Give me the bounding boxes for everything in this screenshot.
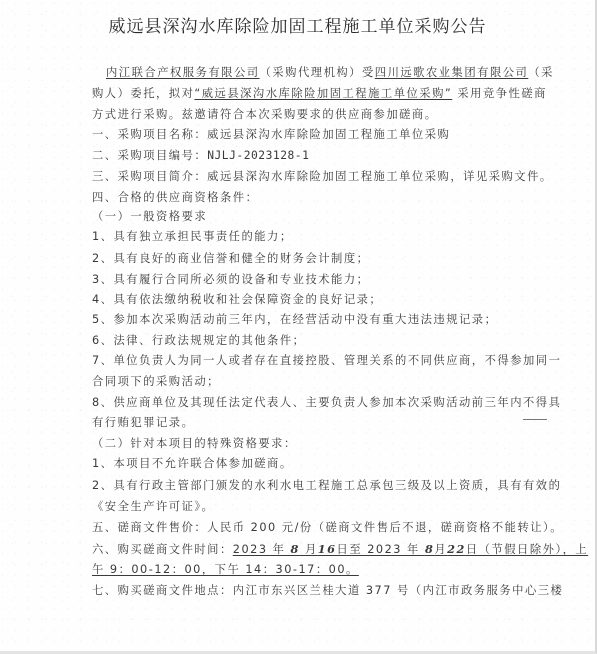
section-3: 三、采购项目简介：威远县深沟水库除险加固工程施工单位采购，详见采购文件。 xyxy=(92,170,553,184)
project-name-quoted: “威远县深沟水库除险加固工程施工单位采购” xyxy=(194,87,452,100)
special-item: 《安全生产许可证》。 xyxy=(92,500,214,514)
general-item: 8、供应商单位及其现任法定代表人、主要负责人参加本次采购活动前三年内不得具 xyxy=(92,396,561,410)
section-5: 五、磋商文件售价：人民币 200 元/份（磋商文件售后不退，磋商资格不能转让）。 xyxy=(92,521,563,535)
general-item: 合同项下的采购活动； xyxy=(92,375,220,389)
special-item: 1、本项目不允许联合体参加磋商。 xyxy=(92,457,293,471)
section-7: 七、购买磋商文件地点：内江市东兴区兰桂大道 377 号（内江市政务服务中心三楼 xyxy=(92,584,563,598)
month-unit: 月 xyxy=(300,543,318,556)
intro-line-2: 购人）委托，拟对“威远县深沟水库除险加固工程施工单位采购” 采用竞争性磋商 xyxy=(92,87,547,101)
intro-line-3: 方式进行采购。兹邀请符合本次采购要求的供应商参加磋商。 xyxy=(92,108,438,122)
section-2: 二、采购项目编号：NJLJ-2023128-1 xyxy=(92,149,309,163)
section-6: 六、购买磋商文件时间：2023 年 8 月16日至 2023 年 8月22日（节… xyxy=(92,542,588,557)
special-heading: （二）针对本项目的特殊资格要求： xyxy=(92,437,297,451)
method-text: 采用竞争性磋商 xyxy=(457,87,547,100)
project-number: NJLJ-2023128-1 xyxy=(207,149,309,162)
day-unit: 日（节假日除外），上 xyxy=(466,543,588,556)
general-item: 6、法律、行政法规规定的其他条件； xyxy=(92,334,305,348)
agent-role: （采购代理机构）受 xyxy=(260,66,375,79)
day-unit: 日至 2023 年 xyxy=(337,543,425,556)
section-1: 一、采购项目名称：威远县深沟水库除险加固工程施工单位采购 xyxy=(92,128,450,142)
document-title: 威远县深沟水库除险加固工程施工单位采购公告 xyxy=(0,12,595,37)
general-item: 4、具有依法缴纳税收和社会保障资金的良好记录； xyxy=(92,293,382,307)
purchaser-name: 四川远歌农业集团有限公司 xyxy=(375,66,529,79)
purchaser-role-cont: 购人）委托，拟对 xyxy=(92,87,194,100)
start-year: 2023 年 xyxy=(233,543,291,556)
general-item: 有行贿犯罪记录。 xyxy=(92,416,194,430)
general-heading: （一）一般资格要求 xyxy=(92,210,207,224)
general-item: 5、参加本次采购活动前三年内，在经营活动中没有重大违法违规记录； xyxy=(92,313,497,327)
section-4: 四、合格的供应商资格条件： xyxy=(92,191,258,205)
document-page: 威远县深沟水库除险加固工程施工单位采购公告 内江联合产权服务有限公司（采购代理机… xyxy=(0,0,597,654)
general-item: 7、单位负责人为同一人或者存在直接控股、管理关系的不同供应商，不得参加同一 xyxy=(92,354,561,368)
end-month-handwritten: 8 xyxy=(425,542,434,556)
start-month-handwritten: 8 xyxy=(291,542,300,556)
intro-line-1: 内江联合产权服务有限公司（采购代理机构）受四川远歌农业集团有限公司（采 xyxy=(106,66,554,80)
general-item: 2、具有良好的商业信誉和健全的财务会计制度； xyxy=(92,252,369,266)
agent-name: 内江联合产权服务有限公司 xyxy=(106,66,260,79)
special-item: 2、具有行政主管部门颁发的水利水电工程施工总承包三级及以上资质，具有有效的 xyxy=(92,479,561,493)
section-2-label: 二、采购项目编号： xyxy=(92,149,207,162)
section-6-label: 六、购买磋商文件时间： xyxy=(92,543,233,556)
purchase-hours: 午 9：00-12：00，下午 14：30-17：00。 xyxy=(92,563,359,577)
general-item: 3、具有履行合同所必须的设备和专业技术能力； xyxy=(92,273,369,287)
general-item: 1、具有独立承担民事责任的能力； xyxy=(92,230,293,244)
purchaser-role: （采 xyxy=(528,66,554,79)
margin-mark xyxy=(523,419,547,420)
start-day-handwritten: 16 xyxy=(318,542,337,556)
purchase-time-range: 2023 年 8 月16日至 2023 年 8月22日（节假日除外），上 xyxy=(233,543,588,556)
month-unit: 月 xyxy=(434,543,447,556)
end-day-handwritten: 22 xyxy=(447,542,466,556)
